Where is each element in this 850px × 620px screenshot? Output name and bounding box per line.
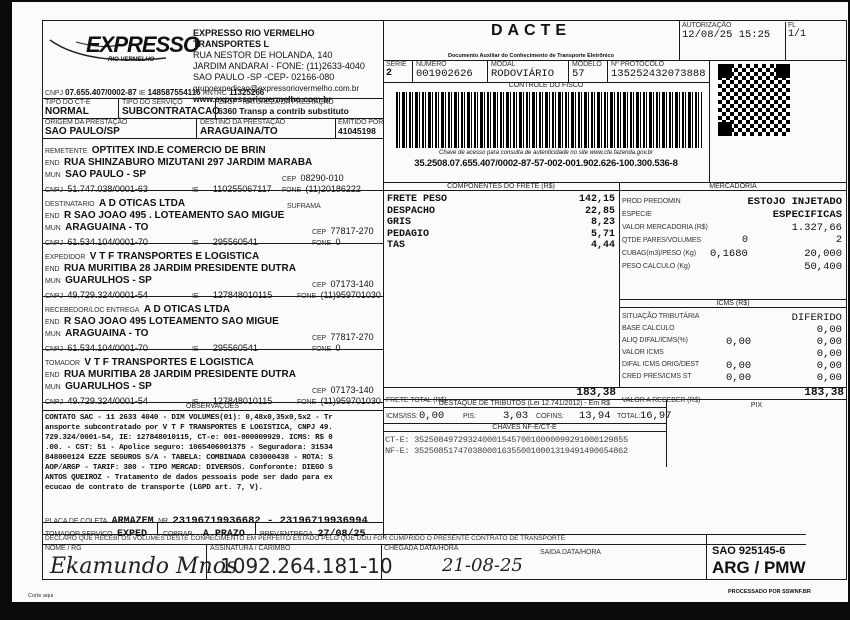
observacoes-text: CONTATO SAC - 11 2633 4040 - DIM VOLUMES…	[45, 413, 383, 493]
observacao-line: AOP/ARGP - TARIF: 380 - TIPO MERCAD: DIV…	[45, 463, 383, 473]
modelo-value: 57	[572, 68, 602, 80]
cubagem-value: 0,1680	[710, 248, 748, 260]
componente-name: TAS	[387, 240, 405, 252]
divider	[709, 60, 710, 182]
label: CUBAG(m3)/PESO (Kg)	[622, 250, 696, 257]
componente-name: DESPACHO	[387, 206, 435, 218]
divider	[255, 522, 256, 534]
emitido-por: EMITIDO POR 41045198	[338, 119, 383, 136]
logo-text: EXPRESSO	[86, 32, 199, 58]
protocolo: Nº PROTOCOLO 135252432073888	[611, 61, 706, 80]
chave-cte: CT-E: 3525084972932400015457001000009929…	[385, 435, 666, 446]
label: ALIQ DIFAL/ICMS(%)	[622, 337, 688, 344]
label: VALOR MERCADORIA (R$)	[622, 224, 708, 231]
mercadoria-header: MERCADORIA	[619, 183, 847, 191]
pix-label: PIX	[666, 402, 847, 409]
autorizacao-value: 12/08/25 15:25	[682, 29, 770, 41]
controle-fisco-label: CONTROLE DO FISCO	[383, 82, 709, 89]
difal-dest-value: 0,00	[817, 360, 842, 372]
declaracao-recebimento: DECLARO QUE RECEBI OS VOLUMES DESTE CONH…	[45, 535, 565, 542]
party-remetente: REMETENTE OPTITEX IND.E COMERCIO DE BRIN…	[42, 138, 383, 191]
divider	[487, 60, 488, 82]
chegada-label: CHEGADA DATA/HORA	[384, 545, 458, 552]
observacao-line: 729.324/0001-54, IE: 127848010115, CT-e:…	[45, 433, 383, 443]
observacao-line: CONTATO SAC - 11 2633 4040 - DIM VOLUMES…	[45, 413, 383, 423]
folha: FL 1/1	[788, 22, 806, 40]
label: PIS:	[463, 413, 476, 420]
saida-label: SAIDA DATA/HORA	[540, 549, 601, 556]
logo-subtext: RIO VERMELHO	[108, 57, 154, 63]
divider	[215, 98, 216, 118]
icms-iss-value: 0,00	[419, 410, 444, 422]
situacao-value: DIFERIDO	[792, 312, 842, 324]
divider	[679, 20, 680, 60]
dacte-subtitle: Documento Auxiliar do Conhecimento de Tr…	[383, 53, 679, 59]
protocolo-value: 135252432073888	[611, 68, 706, 80]
processado-por: PROCESSADO POR SSWNF.BR	[728, 589, 811, 595]
componente-value: 8,23	[591, 217, 615, 229]
difal-orig-value: 0,00	[726, 360, 751, 372]
label: PROD PREDOMIN	[622, 198, 681, 205]
label: FL	[788, 22, 806, 29]
company-district-phone: JARDIM ANDARAI - FONE: (11)2633-4040	[193, 61, 383, 72]
destino-prestacao: DESTINO DA PRESTAÇÃO ARAGUAINA/TO	[200, 119, 285, 137]
componente-name: PEDAGIO	[387, 229, 429, 241]
label: NUMERO	[416, 61, 473, 68]
icms-panel: SITUAÇÃO TRIBUTÁRIA DIFERIDO BASE CALCUL…	[622, 311, 844, 386]
company-name: EXPRESSO RIO VERMELHO TRANSPORTES L	[193, 28, 383, 50]
componente-value: 5,71	[591, 229, 615, 241]
observacoes-header: OBSERVAÇÕES	[42, 403, 383, 411]
label: TOTAL:	[617, 413, 640, 420]
aliq-icms-value: 0,00	[817, 336, 842, 348]
divider	[381, 544, 382, 580]
icms-st-value: 0,00	[817, 372, 842, 384]
chave-note: Chave de acesso para consulta de autenti…	[383, 150, 709, 156]
corte-aqui: Corte aqui	[28, 593, 53, 599]
label: MODELO	[572, 61, 602, 68]
qtde-pares: 0	[742, 235, 748, 246]
company-registration: CNPJ 07.655.407/0002-87 IE 148587554116 …	[45, 88, 264, 97]
tributos-row: ICMS/ISS: 0,00 PIS: 3,03 COFINS: 13,94 T…	[383, 410, 666, 423]
divider	[157, 522, 158, 534]
company-rntrc: 11325266	[229, 88, 264, 97]
valor-value: 1.327,66	[792, 222, 842, 234]
observacao-line: .00. - CST: 51 - Apolice seguro: 1065406…	[45, 443, 383, 453]
divider	[206, 544, 207, 580]
label: MUN	[45, 225, 61, 232]
componente-name: GRIS	[387, 217, 411, 229]
label: COFINS:	[536, 413, 564, 420]
modal-value: RODOVIÁRIO	[491, 68, 554, 80]
label: QTDE PARES/VOLUMES	[622, 237, 701, 244]
label: PESO CALCULO (Kg)	[622, 263, 690, 270]
peso-value: 20,000	[804, 248, 842, 260]
valor-receber-value: 183,38	[772, 387, 844, 399]
divider	[706, 534, 707, 580]
divider	[335, 118, 336, 138]
company-address: RUA NESTOR DE HOLANDA, 140	[193, 50, 383, 61]
label: SITUAÇÃO TRIBUTÁRIA	[622, 313, 699, 320]
modelo: MODELO 57	[572, 61, 602, 80]
label: AUTORIZAÇÃO	[682, 22, 770, 29]
observacao-line: 848000124 EZZE SEGUROS S/A - TABELA: COM…	[45, 453, 383, 463]
tributos-total-value: 16,97	[640, 410, 672, 422]
componente-row: PEDAGIO5,71	[387, 229, 615, 241]
chegada-value: 21-08-25	[442, 555, 523, 576]
cred-pres-value: 0,00	[726, 372, 751, 384]
peso-calc-value: 50,400	[804, 261, 842, 273]
label: MUN	[45, 384, 61, 391]
componente-row: TAS4,44	[387, 240, 615, 252]
autorizacao: AUTORIZAÇÃO 12/08/25 15:25	[682, 22, 770, 41]
party-destinatario: DESTINATARIO A D OTICAS LTDA SUFRAMA END…	[42, 191, 383, 244]
componente-row: GRIS8,23	[387, 217, 615, 229]
chave-acesso: 35.2508.07.655.407/0002-87-57-002-001.90…	[383, 158, 709, 169]
company-logo: EXPRESSO RIO VERMELHO	[46, 28, 186, 74]
label: SERIE	[386, 61, 407, 68]
tributos-header: DESTAQUE DE TRIBUTOS (Lei 12.741/2012) -…	[383, 400, 666, 408]
serie-value: 2	[386, 68, 407, 79]
dacte-title: DACTE	[383, 22, 679, 40]
tipo-cte: TIPO DO CT-E NORMAL	[45, 99, 90, 117]
label: MODAL	[491, 61, 554, 68]
party-recebedor: RECEBEDOR/LOC ENTREGA A D OTICAS LTDA EN…	[42, 297, 383, 350]
dacte-document: EXPRESSO RIO VERMELHO EXPRESSO RIO VERME…	[12, 2, 848, 602]
componente-name: FRETE PESO	[387, 194, 447, 206]
qr-code-icon	[718, 64, 790, 136]
origem-prestacao: ORIGEM DA PRESTAÇÃO SAO PAULO/SP	[45, 119, 127, 137]
aliq-value: 0,00	[726, 336, 751, 348]
label: ESPECIE	[622, 211, 652, 218]
divider	[118, 98, 119, 118]
chaves-header: CHAVES NF-E/CT-E	[383, 424, 666, 432]
party-suframa: SUFRAMA	[287, 203, 321, 210]
nome-rg-label: NOME / RG	[45, 545, 81, 552]
componente-row: FRETE PESO142,15	[387, 194, 615, 206]
company-ie: 148587554116	[148, 88, 201, 97]
label: CRED PRES/ICMS ST	[622, 373, 691, 380]
barcode-icon	[396, 92, 702, 148]
mercadoria-panel: PROD PREDOMIN ESTOJO INJETADO ESPECIE ES…	[622, 193, 844, 283]
divider	[785, 22, 786, 60]
divider	[607, 60, 608, 82]
party-expedidor: EXPEDIDOR V T F TRANSPORTES E LOGISTICA …	[42, 244, 383, 297]
icms-header: ICMS (R$)	[619, 300, 847, 308]
prod-value: ESTOJO INJETADO	[747, 196, 842, 208]
serie: SERIE 2	[386, 61, 407, 79]
componente-value: 142,15	[579, 194, 615, 206]
componentes-header: COMPONENTES DO FRETE (R$)	[383, 183, 619, 191]
componentes-list: FRETE PESO142,15 DESPACHO22,85 GRIS8,23 …	[387, 194, 615, 252]
filial-code: SAO 925145-6	[712, 545, 785, 557]
column-divider	[383, 20, 384, 538]
label: VALOR ICMS	[622, 349, 664, 356]
label: MUN	[45, 278, 61, 285]
assinatura-signature: 1092.264.181-10	[220, 554, 393, 578]
componente-value: 22,85	[585, 206, 615, 218]
numero-value: 001902626	[416, 68, 473, 80]
modal: MODAL RODOVIÁRIO	[491, 61, 554, 80]
parties-grid: REMETENTE OPTITEX IND.E COMERCIO DE BRIN…	[42, 138, 383, 403]
componente-row: DESPACHO22,85	[387, 206, 615, 218]
rota-code: ARG / PMW	[712, 558, 806, 578]
divider	[619, 182, 620, 387]
divider	[412, 60, 413, 82]
numero: NUMERO 001902626	[416, 61, 473, 80]
frete-total-value: 183,38	[552, 387, 616, 399]
folha-value: 1/1	[788, 29, 806, 40]
qtde-volumes: 2	[836, 235, 842, 246]
chave-nfe: NF-E: 3525085174703800016355001000131949…	[385, 446, 666, 457]
label: MUN	[45, 172, 61, 179]
componente-value: 4,44	[591, 240, 615, 252]
tipo-servico: TIPO DO SERVIÇO SUBCONTRATACAO	[122, 99, 220, 117]
cofins-value: 13,94	[579, 410, 611, 422]
observacao-line: ANTOS QUEIROZ - Tratamento de dados pess…	[45, 473, 383, 483]
label: MUN	[45, 331, 61, 338]
label: Nº PROTOCOLO	[611, 61, 706, 68]
label: DIFAL ICMS ORIG/DEST	[622, 361, 699, 368]
valor-icms-value: 0,00	[817, 348, 842, 360]
chaves-list: CT-E: 3525084972932400015457001000009929…	[385, 435, 666, 457]
base-value: 0,00	[817, 324, 842, 336]
label: ICMS/ISS:	[386, 413, 418, 420]
assinatura-label: ASSINATURA / CARIMBO	[210, 545, 290, 552]
observacao-line: ansporte subcontratado por V T F TRANSPO…	[45, 423, 383, 433]
company-cnpj: 07.655.407/0002-87	[65, 88, 137, 97]
cfop: CFOP - NATUREZA DA PRESTAÇÃO 6360 Transp…	[218, 99, 349, 116]
divider	[196, 118, 197, 138]
label: BASE CALCULO	[622, 325, 675, 332]
especie-value: ESPECIFICAS	[773, 209, 842, 221]
nome-signature: Ekamundo Mnos	[50, 554, 237, 579]
observacao-line: ecucao de contrato de transporte (LGPD a…	[45, 483, 383, 493]
party-tomador: TOMADOR V T F TRANSPORTES E LOGISTICA EN…	[42, 350, 383, 403]
company-city-cep: SAO PAULO -SP -CEP- 02166-080	[193, 72, 383, 83]
pis-value: 3,03	[503, 410, 528, 422]
divider	[568, 60, 569, 82]
